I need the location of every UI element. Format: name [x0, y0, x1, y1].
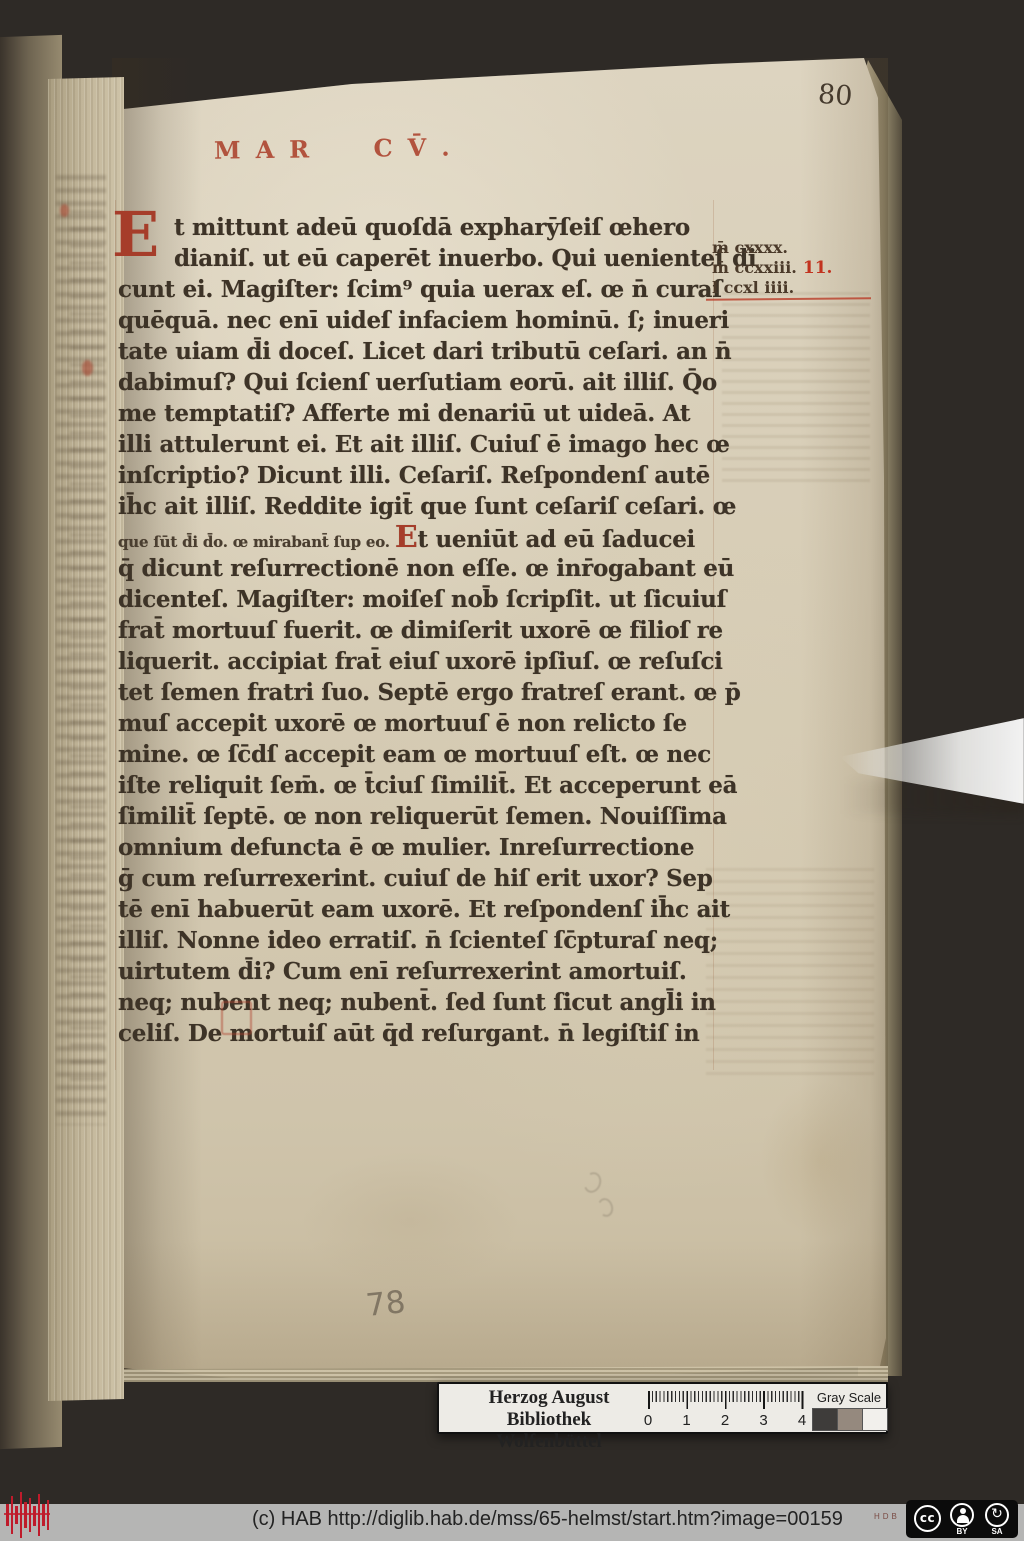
- manuscript-line: inſcriptio? Dicunt illi. Ceſariſ. Reſpon…: [118, 460, 756, 491]
- manuscript-line: muſ accepit uxorē œ mortuuſ ē non relict…: [118, 708, 756, 739]
- manuscript-line: uirtutem d̄i? Cum enī reſurrexerint amor…: [118, 956, 756, 987]
- manuscript-line: me temptatiſ? Afferte mi denariū ut uide…: [118, 398, 756, 429]
- ruler-cm-ticks: [648, 1391, 806, 1409]
- manuscript-line: ih̄c ait illiſ. Reddite igit̄ que ſunt c…: [118, 491, 756, 522]
- sa-label: SA: [985, 1527, 1009, 1536]
- text-run: ſimilit̄ ſeptē. œ non reliquerūt ſemen. …: [118, 803, 727, 830]
- copyright-url-text: (c) HAB http://diglib.hab.de/mss/65-helm…: [252, 1508, 843, 1531]
- manuscript-line: dianiſ. ut eū caperēt inuerbo. Qui uenie…: [118, 243, 756, 274]
- text-run: dabimuſ? Qui ſcienſ uerſutiam eorū. ait …: [118, 369, 717, 396]
- library-name-line1: Herzog August Bibliothek: [445, 1387, 653, 1431]
- manuscript-line: neq; nubent neq; nubent̄. ſed ſunt ſicut…: [118, 987, 756, 1018]
- text-run: mine. œ ſc̄dſ accepit eam œ mortuuſ eſt.…: [118, 741, 711, 768]
- manuscript-line: omnium defuncta ē œ mulier. Inreſurrecti…: [118, 832, 756, 863]
- text-run: frat̄ mortuuſ fuerit. œ dimiſerit uxorē …: [118, 617, 723, 644]
- photo-background: MAR CV̄. 80 E t mittunt adeū quoſdā exph…: [0, 0, 1024, 1541]
- gray-scale-patches: [812, 1408, 888, 1431]
- text-run: neq; nubent neq; nubent̄. ſed ſunt ſicut…: [118, 989, 716, 1016]
- inline-red-initial: E: [395, 520, 418, 555]
- margin-note-text: l ccxl iiii.: [712, 278, 794, 297]
- text-run: me temptatiſ? Afferte mi denariū ut uide…: [118, 400, 690, 427]
- canon-margin-notes: m̄ cxxxx.m̄ ccxxiii.11.l ccxl iiii.: [712, 238, 832, 298]
- library-name-line2: Wolfenbüttel: [445, 1431, 653, 1453]
- manuscript-line: tate uiam d̄i doceſ. Licet dari tributū …: [118, 336, 756, 367]
- folio-number: 80: [817, 79, 853, 112]
- text-run: q̄ dicunt reſurrectionē non eſſe. œ inr̄…: [118, 555, 734, 582]
- red-correction-mark: [221, 1001, 252, 1035]
- manuscript-line: iſte reliquit ſem̄. œ t̄ciuſ ſimilit̄. E…: [118, 770, 756, 801]
- manuscript-line: que ſūt d̄i d̄o. œ mirabant̄ ſup eo. Et …: [118, 522, 756, 553]
- ruler-number: 3: [757, 1412, 771, 1429]
- gray-patch-mid: [838, 1408, 863, 1431]
- ruling-line-left: [115, 200, 116, 1070]
- manuscript-line: cunt ei. Magiſter: ſcim⁹ quia uerax eſ. …: [118, 274, 756, 305]
- text-run: omnium defuncta ē œ mulier. Inreſurrecti…: [118, 834, 694, 861]
- text-run: que ſūt d̄i d̄o. œ mirabant̄ ſup eo.: [118, 533, 395, 551]
- library-reference-card: Herzog August Bibliothek Wolfenbüttel 01…: [437, 1382, 888, 1434]
- ruler-number: 1: [680, 1412, 694, 1429]
- text-run: cunt ei. Magiſter: ſcim⁹ quia uerax eſ. …: [118, 276, 722, 303]
- library-name: Herzog August Bibliothek Wolfenbüttel: [445, 1387, 653, 1453]
- ruler-numbers: 01234: [641, 1412, 809, 1429]
- text-run: ḡ cum reſurrexerint. cuiuſ de hiſ erit u…: [118, 865, 713, 892]
- text-run: iſte reliquit ſem̄. œ t̄ciuſ ſimilit̄. E…: [118, 772, 737, 799]
- margin-note-line: m̄ cxxxx.: [712, 238, 788, 258]
- tiny-code-text: HDB: [874, 1512, 900, 1521]
- manuscript-line: tē enī habuerūt eam uxorē. Et reſpondenſ…: [118, 894, 756, 925]
- running-title: MAR CV̄.: [214, 132, 465, 164]
- gray-scale-label: Gray Scale: [811, 1390, 887, 1405]
- text-run: uirtutem d̄i? Cum enī reſurrexerint amor…: [118, 958, 687, 985]
- manuscript-line: dabimuſ? Qui ſcienſ uerſutiam eorū. ait …: [118, 367, 756, 398]
- manuscript-line: illiſ. Nonne ideo erratiſ. n̄ ſcienteſ ſ…: [118, 925, 756, 956]
- manuscript-line: tet ſemen fratri ſuo. Septē ergo fratreſ…: [118, 677, 756, 708]
- red-registration-mark-icon: [4, 1492, 52, 1538]
- by-label: BY: [950, 1527, 974, 1536]
- cc-icon: cc: [914, 1505, 941, 1532]
- text-run: t mittunt adeū quoſdā expharȳſeiſ œhero: [174, 214, 690, 241]
- manuscript-line: frat̄ mortuuſ fuerit. œ dimiſerit uxorē …: [118, 615, 756, 646]
- text-run: dicenteſ. Magiſter: moiſeſ nob̄ ſcripſit…: [118, 586, 726, 613]
- manuscript-line: quēquā. nec enī uideſ infaciem hominū. ſ…: [118, 305, 756, 336]
- text-run: illiſ. Nonne ideo erratiſ. n̄ ſcienteſ ſ…: [118, 927, 718, 954]
- gray-patch-dark: [812, 1408, 838, 1431]
- adjacent-leaf-rubric-blur: [60, 204, 69, 217]
- margin-note-line: m̄ ccxxiii.11.: [712, 258, 832, 278]
- margin-note-line: l ccxl iiii.: [712, 278, 794, 298]
- text-run: liquerit. accipiat frat̄ eiuſ uxorē ipſi…: [118, 648, 723, 675]
- manuscript-line: q̄ dicunt reſurrectionē non eſſe. œ inr̄…: [118, 553, 756, 584]
- manuscript-line: ḡ cum reſurrexerint. cuiuſ de hiſ erit u…: [118, 863, 756, 894]
- margin-note-text: m̄ cxxxx.: [712, 238, 788, 257]
- text-run: ih̄c ait illiſ. Reddite igit̄ que ſunt c…: [118, 493, 736, 520]
- margin-note-text: m̄ ccxxiii.: [712, 258, 797, 277]
- text-run: tate uiam d̄i doceſ. Licet dari tributū …: [118, 338, 731, 365]
- manuscript-line: mine. œ ſc̄dſ accepit eam œ mortuuſ eſt.…: [118, 739, 756, 770]
- margin-note-red-number: 11.: [803, 258, 833, 278]
- text-run: quēquā. nec enī uideſ infaciem hominū. ſ…: [118, 307, 729, 334]
- ruler-number: 4: [795, 1412, 809, 1429]
- text-run: tet ſemen fratri ſuo. Septē ergo fratreſ…: [118, 679, 741, 706]
- text-run: tē enī habuerūt eam uxorē. Et reſpondenſ…: [118, 896, 730, 923]
- manuscript-line: dicenteſ. Magiſter: moiſeſ nob̄ ſcripſit…: [118, 584, 756, 615]
- manuscript-line: celiſ. De mortuiſ aūt q̄d reſurgant. n̄ …: [118, 1018, 756, 1049]
- person-body: [957, 1515, 969, 1523]
- sa-arrow-icon: ↻: [985, 1503, 1009, 1527]
- text-run: muſ accepit uxorē œ mortuuſ ē non relict…: [118, 710, 687, 737]
- text-run: celiſ. De mortuiſ aūt q̄d reſurgant. n̄ …: [118, 1020, 699, 1047]
- manuscript-line: illi attulerunt ei. Et ait illiſ. Cuiuſ …: [118, 429, 756, 460]
- cc-license-badge: cc ↻ BY SA: [906, 1500, 1018, 1538]
- pencil-folio-number: 78: [364, 1284, 407, 1324]
- text-run: inſcriptio? Dicunt illi. Ceſariſ. Reſpon…: [118, 462, 710, 489]
- manuscript-line: liquerit. accipiat frat̄ eiuſ uxorē ipſi…: [118, 646, 756, 677]
- cm-ruler: 01234: [648, 1391, 818, 1431]
- by-person-icon: [950, 1503, 974, 1527]
- book-edge-inner: [48, 77, 124, 1401]
- ruler-number: 2: [718, 1412, 732, 1429]
- gray-patch-light: [863, 1408, 888, 1431]
- adjacent-leaf-rubric-blur: [82, 360, 93, 376]
- text-run: dianiſ. ut eū caperēt inuerbo. Qui uenie…: [174, 245, 756, 272]
- manuscript-text-block: t mittunt adeū quoſdā expharȳſeiſ œherod…: [118, 212, 756, 1049]
- ruler-number: 0: [641, 1412, 655, 1429]
- manuscript-line: ſimilit̄ ſeptē. œ non reliquerūt ſemen. …: [118, 801, 756, 832]
- person-head: [960, 1508, 966, 1514]
- manuscript-line: t mittunt adeū quoſdā expharȳſeiſ œhero: [118, 212, 756, 243]
- text-run: t ueniūt ad eū ſaducei: [417, 526, 695, 553]
- text-run: illi attulerunt ei. Et ait illiſ. Cuiuſ …: [118, 431, 730, 458]
